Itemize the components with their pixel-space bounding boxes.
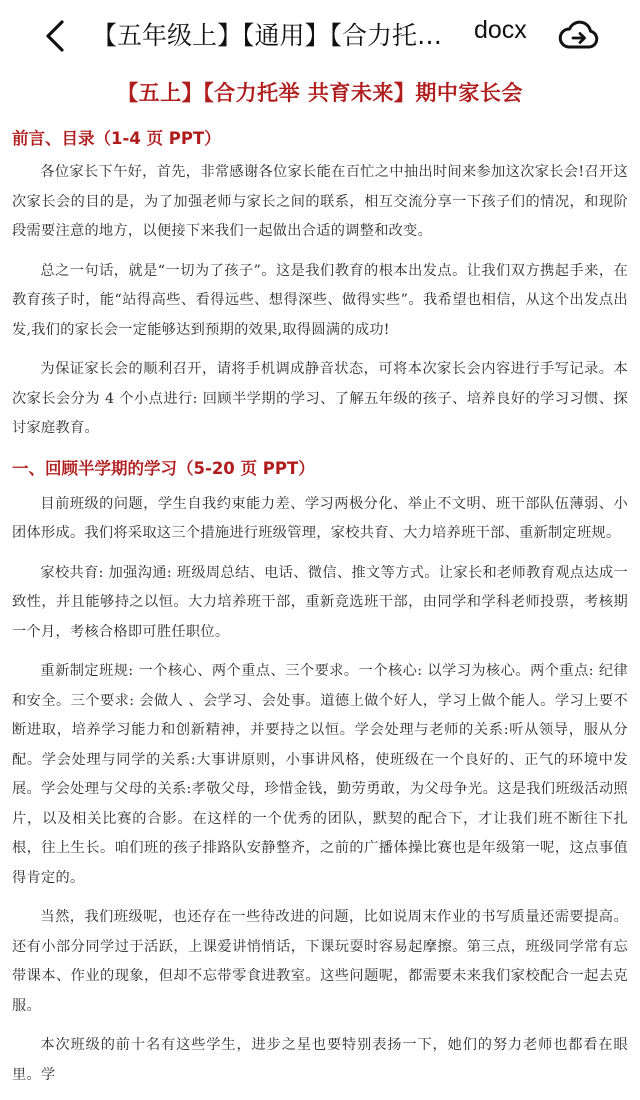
file-extension: docx [474,16,527,45]
paragraph: 各位家长下午好，首先，非常感谢各位家长能在百忙之中抽出时间来参加这次家长会!召开… [12,158,628,247]
paragraph: 当然，我们班级呢，也还存在一些待改进的问题，比如说周末作业的书写质量还需要提高。… [12,903,628,996]
section-heading-preface: 前言、目录（1-4 页 PPT） [12,126,628,152]
doc-main-title: 【五上】【合力托举 共育未来】期中家长会 [12,78,628,118]
chevron-left-icon [40,16,70,56]
paragraph: 重新制定班规: 一个核心、两个重点、三个要求。一个核心: 以学习为核心。两个重点… [12,657,628,893]
cloud-upload-icon [558,16,600,52]
back-button[interactable] [40,16,70,56]
paragraph: 总之一句话，就是“一切为了孩子”。这是我们教育的根本出发点。让我们双方携起手来，… [12,257,628,346]
paragraph: 为保证家长会的顺利召开，请将手机调成静音状态，可将本次家长会内容进行手写记录。本… [12,355,628,444]
paragraph: 家校共育: 加强沟通: 班级周总结、电话、微信、推文等方式。让家长和老师教育观点… [12,559,628,648]
top-bar: 【五年级上】【通用】【合力托… docx [0,0,640,70]
document-title: 【五年级上】【通用】【合力托… [92,16,442,52]
section-heading-review: 一、回顾半学期的学习（5-20 页 PPT） [12,456,628,482]
paragraph: 目前班级的问题，学生自我约束能力差、学习两极分化、举止不文明、班干部队伍薄弱、小… [12,490,628,549]
cloud-save-button[interactable] [558,16,600,52]
document-content: 【五上】【合力托举 共育未来】期中家长会 前言、目录（1-4 页 PPT） 各位… [0,70,640,996]
